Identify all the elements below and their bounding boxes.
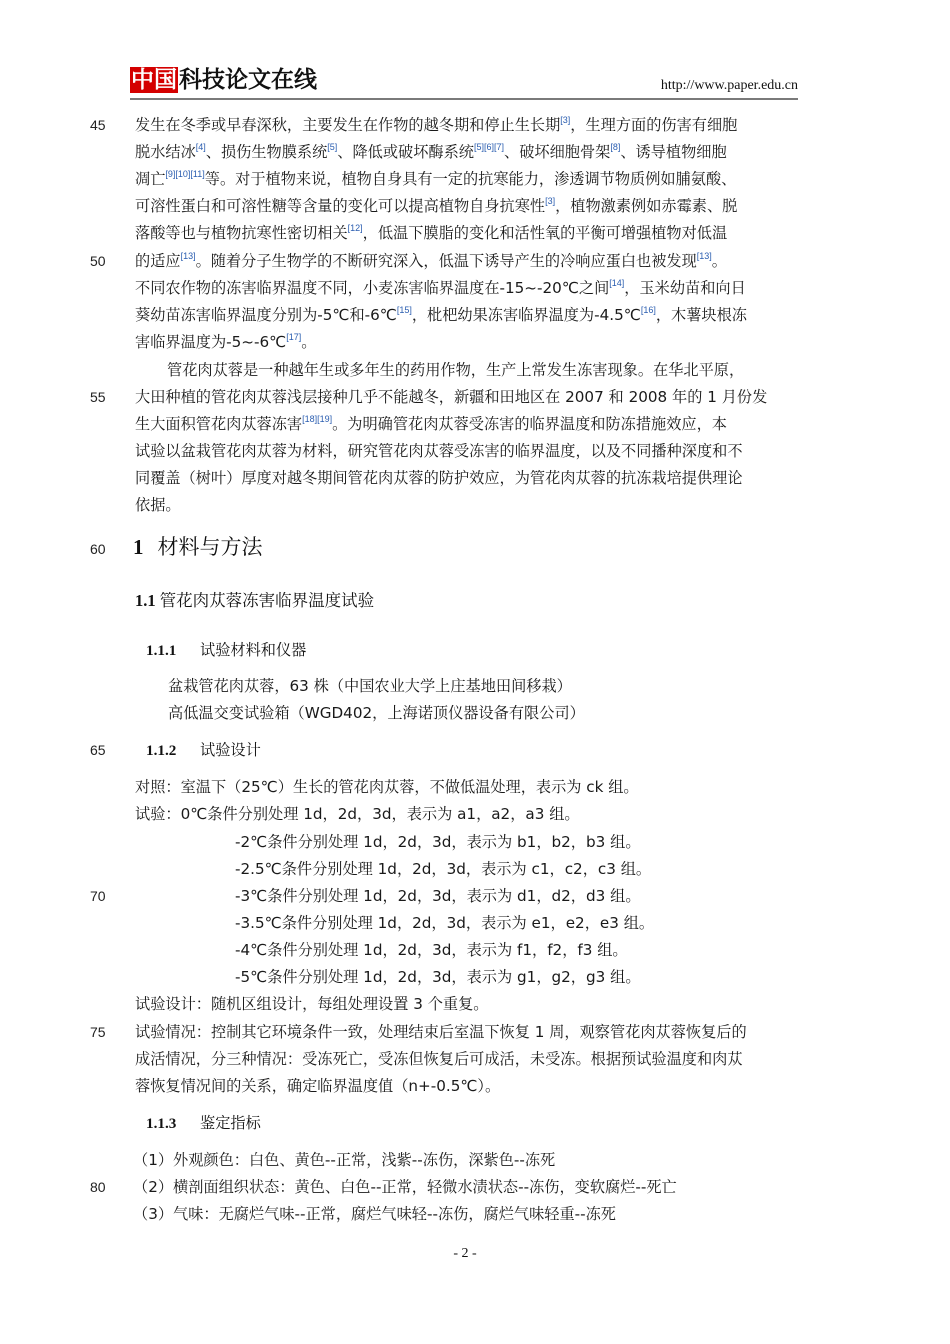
body-line: 葵幼苗冻害临界温度分别为-5℃和-6℃[15]，枇杷幼果冻害临界温度为-4.5℃… [135,302,747,329]
citation-ref[interactable]: [18][19] [302,414,332,424]
trial-line: -5℃条件分别处理 1d，2d，3d，表示为 g1，g2，g3 组。 [235,964,641,991]
section-title: 鉴定指标 [200,1114,261,1132]
material-item: 盆栽管花肉苁蓉，63 株（中国农业大学上庄基地田间移栽） [168,673,572,700]
line-number: 55 [90,389,106,405]
body-line: 落酸等也与植物抗寒性密切相关[12]，低温下膜脂的变化和活性氧的平衡可增强植物对… [135,220,727,247]
line-number: 50 [90,253,106,269]
citation-ref[interactable]: [9][10][11] [165,169,204,179]
body-line: 依据。 [135,492,181,519]
body-line: 的适应[13]。随着分子生物学的不断研究深入，低温下诱导产生的冷响应蛋白也被发现… [135,248,727,275]
line-number: 60 [90,541,106,557]
section-number: 1.1.3 [146,1111,200,1137]
situation-line: 成活情况，分三种情况：受冻死亡，受冻但恢复后可成活，未受冻。根据预试验温度和肉苁 [135,1046,743,1073]
citation-ref[interactable]: [14] [609,278,624,288]
design-line: 试验设计：随机区组设计，每组处理设置 3 个重复。 [135,991,488,1018]
citation-ref[interactable]: [13] [181,251,196,261]
header-divider [130,98,798,100]
page-header: 中国科技论文在线 http://www.paper.edu.cn [130,64,798,100]
body-line: 可溶性蛋白和可溶性糖等含量的变化可以提高植物自身抗寒性[3]，植物激素例如赤霉素… [135,193,737,220]
indicator-item: （2）横剖面组织状态：黄色、白色--正常，轻微水渍状态--冻伤，变软腐烂--死亡 [133,1174,677,1201]
section-heading-1-1-1: 1.1.1试验材料和仪器 [146,637,306,664]
citation-ref[interactable]: [5][6][7] [474,142,504,152]
citation-ref[interactable]: [3] [545,196,555,206]
citation-ref[interactable]: [13] [697,251,712,261]
trial-line: -4℃条件分别处理 1d，2d，3d，表示为 f1，f2，f3 组。 [235,937,628,964]
body-line: 管花肉苁蓉是一种越年生或多年生的药用作物，生产上常发生冻害现象。在华北平原， [167,357,744,384]
trial-line: -3℃条件分别处理 1d，2d，3d，表示为 d1，d2，d3 组。 [235,883,641,910]
control-line: 对照：室温下（25℃）生长的管花肉苁蓉，不做低温处理，表示为 ck 组。 [135,774,639,801]
section-heading-1-1: 1.1管花肉苁蓉冻害临界温度试验 [135,588,374,614]
citation-ref[interactable]: [12] [348,223,363,233]
body-line: 同覆盖（树叶）厚度对越冬期间管花肉苁蓉的防护效应，为管花肉苁蓉的抗冻栽培提供理论 [135,465,743,492]
logo-black-part: 科技论文在线 [179,67,317,93]
line-number: 70 [90,888,106,904]
citation-ref[interactable]: [16] [641,305,656,315]
body-line: 生大面积管花肉苁蓉冻害[18][19]。为明确管花肉苁蓉受冻害的临界温度和防冻措… [135,411,727,438]
section-number: 1.1.2 [146,738,200,764]
body-line: 试验以盆栽管花肉苁蓉为材料，研究管花肉苁蓉受冻害的临界温度，以及不同播种深度和不 [135,438,743,465]
section-number: 1 [133,535,144,559]
section-heading-1-1-2: 1.1.2试验设计 [146,737,261,764]
indicator-item: （3）气味：无腐烂气味--正常，腐烂气味轻--冻伤，腐烂气味轻重--冻死 [133,1201,616,1228]
journal-logo: 中国科技论文在线 [130,66,317,94]
section-heading-1: 1材料与方法 [133,532,263,562]
body-line: 害临界温度为-5~-6℃[17]。 [135,329,316,356]
citation-ref[interactable]: [3] [560,115,570,125]
trial-line: -2℃条件分别处理 1d，2d，3d，表示为 b1，b2，b3 组。 [235,829,641,856]
section-title: 试验设计 [200,741,261,759]
material-item: 高低温交变试验箱（WGD402，上海诺顶仪器设备有限公司） [168,700,585,727]
header-url[interactable]: http://www.paper.edu.cn [661,78,798,94]
line-number: 45 [90,117,106,133]
line-number: 65 [90,742,106,758]
trial-line: -3.5℃条件分别处理 1d，2d，3d，表示为 e1，e2，e3 组。 [235,910,654,937]
page-number: - 2 - [0,1246,930,1262]
citation-ref[interactable]: [8] [610,142,620,152]
section-title: 管花肉苁蓉冻害临界温度试验 [160,591,375,610]
section-number: 1.1 [135,591,156,610]
trial-line: 试验：0℃条件分别处理 1d，2d，3d，表示为 a1，a2，a3 组。 [135,801,580,828]
section-title: 试验材料和仪器 [200,641,306,659]
situation-line: 试验情况：控制其它环境条件一致，处理结束后室温下恢复 1 周，观察管花肉苁蓉恢复… [135,1019,747,1046]
situation-line: 蓉恢复情况间的关系，确定临界温度值（n+-0.5℃）。 [135,1073,500,1100]
body-line: 大田种植的管花肉苁蓉浅层接种几乎不能越冬，新疆和田地区在 2007 和 2008… [135,384,767,411]
section-number: 1.1.1 [146,638,200,664]
indicator-item: （1）外观颜色：白色、黄色--正常，浅紫--冻伤，深紫色--冻死 [133,1147,555,1174]
body-line: 脱水结冰[4]、损伤生物膜系统[5]、降低或破坏酶系统[5][6][7]、破坏细… [135,139,727,166]
citation-ref[interactable]: [17] [286,332,301,342]
citation-ref[interactable]: [5] [327,142,337,152]
body-line: 凋亡[9][10][11]等。对于植物来说，植物自身具有一定的抗寒能力，渗透调节… [135,166,736,193]
citation-ref[interactable]: [4] [196,142,206,152]
line-number: 75 [90,1024,106,1040]
body-line: 发生在冬季或早春深秋，主要发生在作物的越冬期和停止生长期[3]，生理方面的伤害有… [135,112,737,139]
citation-ref[interactable]: [15] [397,305,412,315]
trial-line: -2.5℃条件分别处理 1d，2d，3d，表示为 c1，c2，c3 组。 [235,856,651,883]
section-heading-1-1-3: 1.1.3鉴定指标 [146,1110,261,1137]
body-line: 不同农作物的冻害临界温度不同，小麦冻害临界温度在-15~-20℃之间[14]，玉… [135,275,746,302]
section-title: 材料与方法 [158,535,263,559]
logo-red-part: 中国 [130,67,178,93]
line-number: 80 [90,1179,106,1195]
